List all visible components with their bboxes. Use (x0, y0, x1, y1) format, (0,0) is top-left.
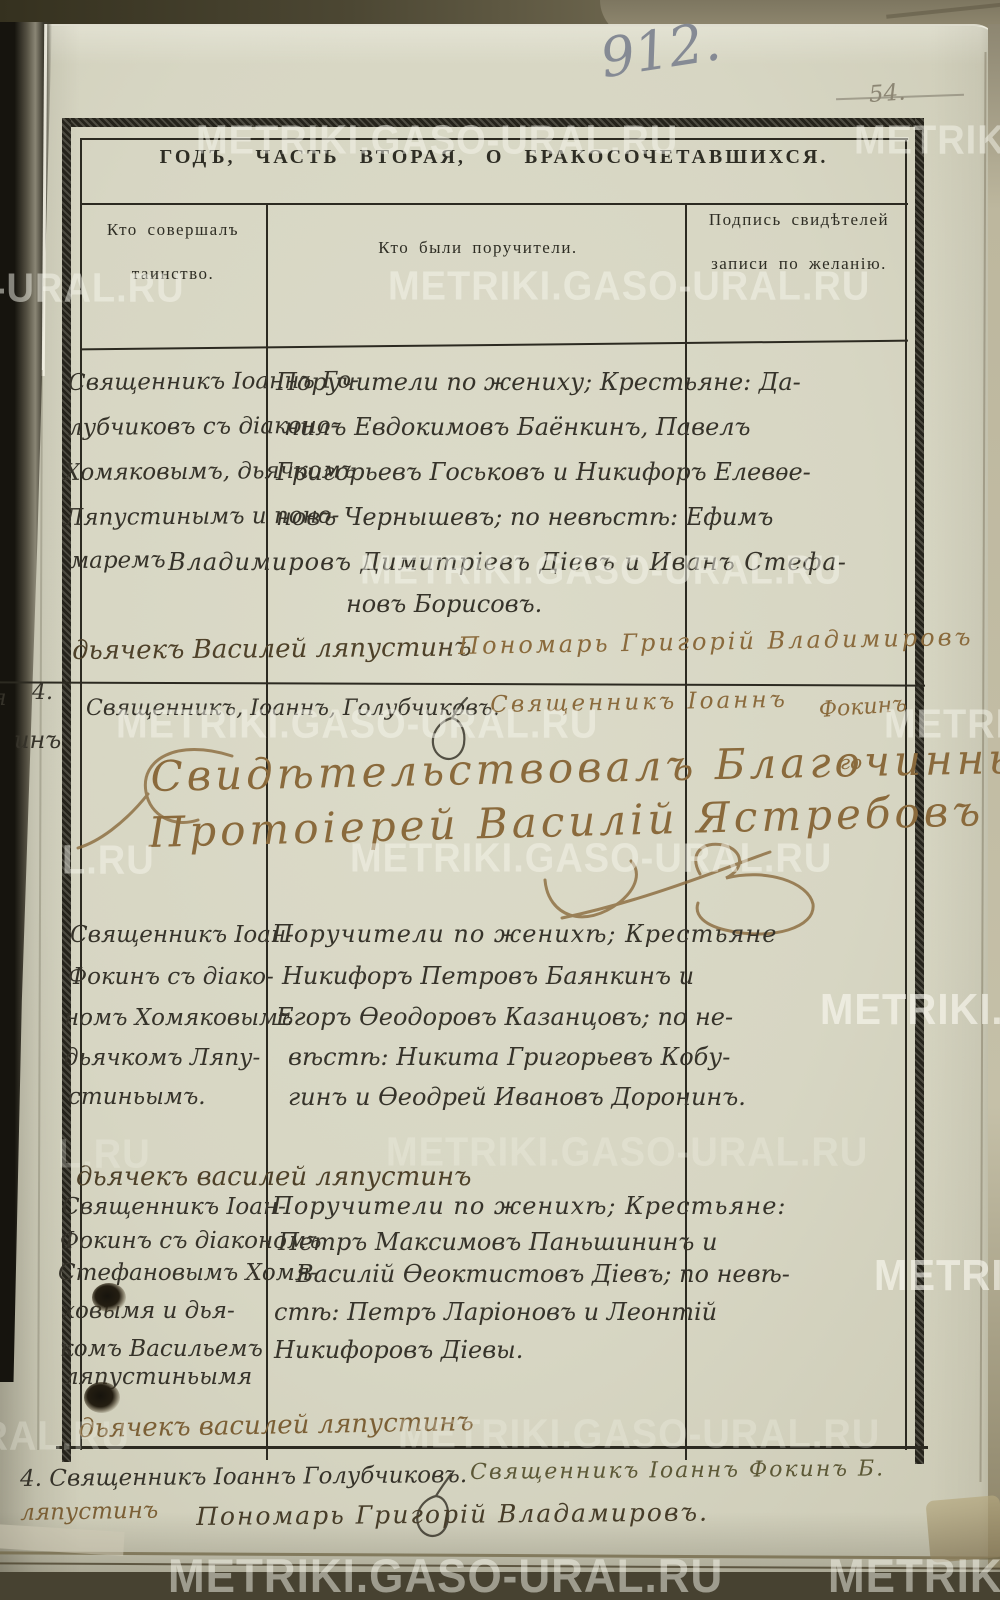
margin-fragment: инъ (14, 726, 61, 754)
entry5-guarantors-line: Никифоровъ Діевы. (274, 1336, 523, 1364)
watermark-text: METRIKI (874, 1252, 1000, 1301)
watermark-text: METRIKI.GASO-URAL.RU (360, 548, 842, 594)
entry4-guarantors-line: вѣстѣ: Никита Григорьевъ Кобу- (288, 1043, 730, 1071)
entry4-guarantors-line: Поручители по женихѣ; Крестьяне (272, 920, 777, 948)
entry5-guarantors-line: Поручители по женихѣ; Крестьяне: (272, 1192, 786, 1220)
column-header-guarantors: Кто были поручители. (272, 238, 684, 258)
column-header-performer-line1: Кто совершалъ (80, 220, 266, 240)
watermark-text: METRIKI.GASO-URAL.RU (386, 1130, 868, 1176)
watermark-text: METRIKI.GASO-URAL.RU (116, 702, 598, 748)
entry5-performer-line: ховымя и дья- (62, 1298, 235, 1324)
entry5-performer-line: Стефановымъ Хомя- (58, 1260, 318, 1286)
watermark-text: METRIKI.G (828, 1550, 1000, 1600)
watermark-text: L.RU (58, 1132, 151, 1178)
watermark-text: METRIKI (884, 702, 1000, 748)
entry3-guarantors-line: нилъ Евдокимовъ Баёнкинъ, Павелъ (284, 413, 751, 441)
margin-entry-number: 4. (32, 680, 53, 705)
watermark-text: SO-URAL.RU (0, 266, 185, 312)
footer-entry-number-note: 4. Священникъ Іоаннъ Голубчиковъ. (20, 1462, 467, 1492)
dean-attestation-superscript: го (840, 750, 862, 774)
pencil-folio-number: 54. (868, 79, 906, 107)
entry5-guarantors-line: Василій Ѳеоктистовъ Діевъ; по невѣ- (296, 1260, 790, 1288)
title-rule (80, 203, 908, 205)
entry3-guarantors-line: новъ Чернышевъ; по невѣстѣ: Ефимъ (276, 503, 773, 531)
entry4-guarantors-line: Егоръ Ѳеодоровъ Казанцовъ; по не- (276, 1003, 733, 1031)
entry5-performer-line: Священникъ Іоан- (62, 1194, 286, 1220)
watermark-text: METRIKI.GASO-URAL.RU (388, 264, 870, 310)
ink-blot (92, 1283, 126, 1312)
margin-fragment: я (0, 686, 7, 711)
entry4-guarantors-line: Никифоръ Петровъ Баянкинъ и (282, 962, 694, 990)
entry4-performer-line: дьячкомъ Ляпу- (64, 1045, 260, 1071)
watermark-text: METRIKI.GASO-URAL.RU (168, 1550, 723, 1600)
footer-ponomar-note: Пономарь Григорій Владамировъ. (196, 1498, 709, 1531)
footer-priest-note-brown: Священникъ Іоаннъ Фокинъ Б. (470, 1456, 885, 1485)
watermark-text: METRIKI.GASO-URAL.RU (350, 836, 832, 882)
footer-clerk-note: ляпустинъ (20, 1498, 158, 1526)
entry5-performer-line: комъ Васильемъ (60, 1336, 263, 1362)
watermark-text: L.RU (62, 838, 155, 884)
scanned-metric-book-page: 912. 54. ГОДЪ, ЧАСТЬ ВТОРАЯ, О БРАКОСОЧЕ… (0, 0, 1000, 1600)
right-page-edge (988, 24, 1000, 1569)
entry3-guarantors-line: Григорьевъ Госьковъ и Никифоръ Елевѳе- (276, 458, 811, 486)
entry5-guarantors-line: Петръ Максимовъ Паньшининъ и (278, 1228, 717, 1256)
entry3-guarantors-line: Поручители по жениху; Крестьяне: Да- (276, 368, 801, 396)
watermark-text: METRIKI.GASO-URAL.RU (196, 118, 678, 164)
ink-blot (84, 1382, 120, 1413)
watermark-text: METRIKI.GASO (854, 118, 1000, 164)
column-header-witness-signature-line1: Подпись свидѣтелей (690, 210, 908, 230)
entry4-performer-line: стиньымъ. (68, 1084, 206, 1110)
watermark-text: URAL.RU (0, 1414, 130, 1460)
entry5-guarantors-line: стѣ: Петръ Ларіоновъ и Леонтій (274, 1298, 717, 1326)
watermark-text: METRIKI. (820, 986, 1000, 1035)
entry4-performer-line: номъ Хомяковымъ (64, 1005, 293, 1031)
entry3-clerk-signature: дьячекъ Василей ляпустинъ (72, 633, 472, 666)
entry4-performer-line: Священникъ Іоан- (70, 922, 294, 948)
entry4-performer-line: Фокинъ съ діако- (68, 964, 274, 990)
entry4-guarantors-line: гинъ и Ѳеодрей Ивановъ Доронинъ. (288, 1083, 746, 1111)
entry3-performer-line: маремъ (70, 547, 166, 574)
watermark-text: METRIKI.GASO-URAL.RU (398, 1412, 880, 1458)
